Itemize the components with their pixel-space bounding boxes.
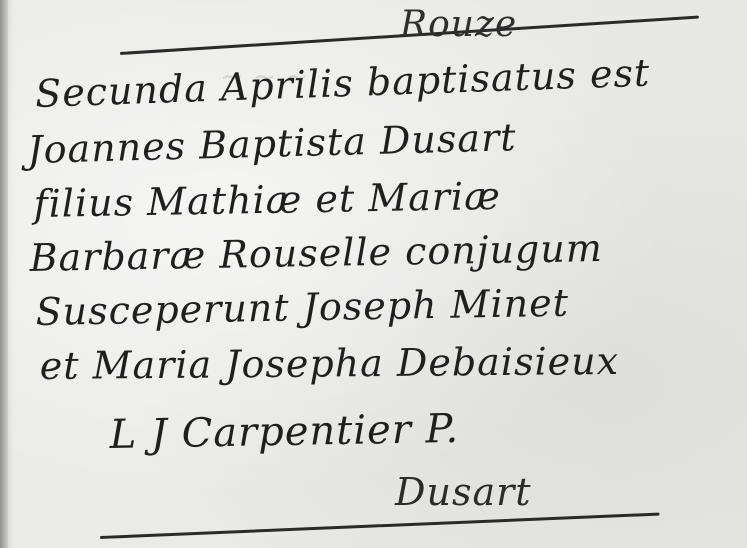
priest-signature: L J Carpentier P. xyxy=(109,406,459,458)
record-line-3: filius Mathiæ et Mariæ xyxy=(33,174,501,226)
closing-rule xyxy=(100,513,660,539)
page-binding-edge xyxy=(0,0,8,548)
record-line-6: et Maria Josepha Debaisieux xyxy=(40,339,620,388)
record-line-2: Joannes Baptista Dusart xyxy=(27,115,517,172)
manuscript-page: ~ ~ ~ Rouze Secunda Aprilis baptisatus e… xyxy=(0,0,747,548)
witness-signature: Dusart xyxy=(395,470,532,514)
record-line-4: Barbaræ Rouselle conjugum xyxy=(29,226,603,280)
record-line-5: Susceperunt Joseph Minet xyxy=(35,281,569,334)
record-line-1: Secunda Aprilis baptisatus est xyxy=(34,51,650,116)
entry-heading: Rouze xyxy=(400,4,517,45)
